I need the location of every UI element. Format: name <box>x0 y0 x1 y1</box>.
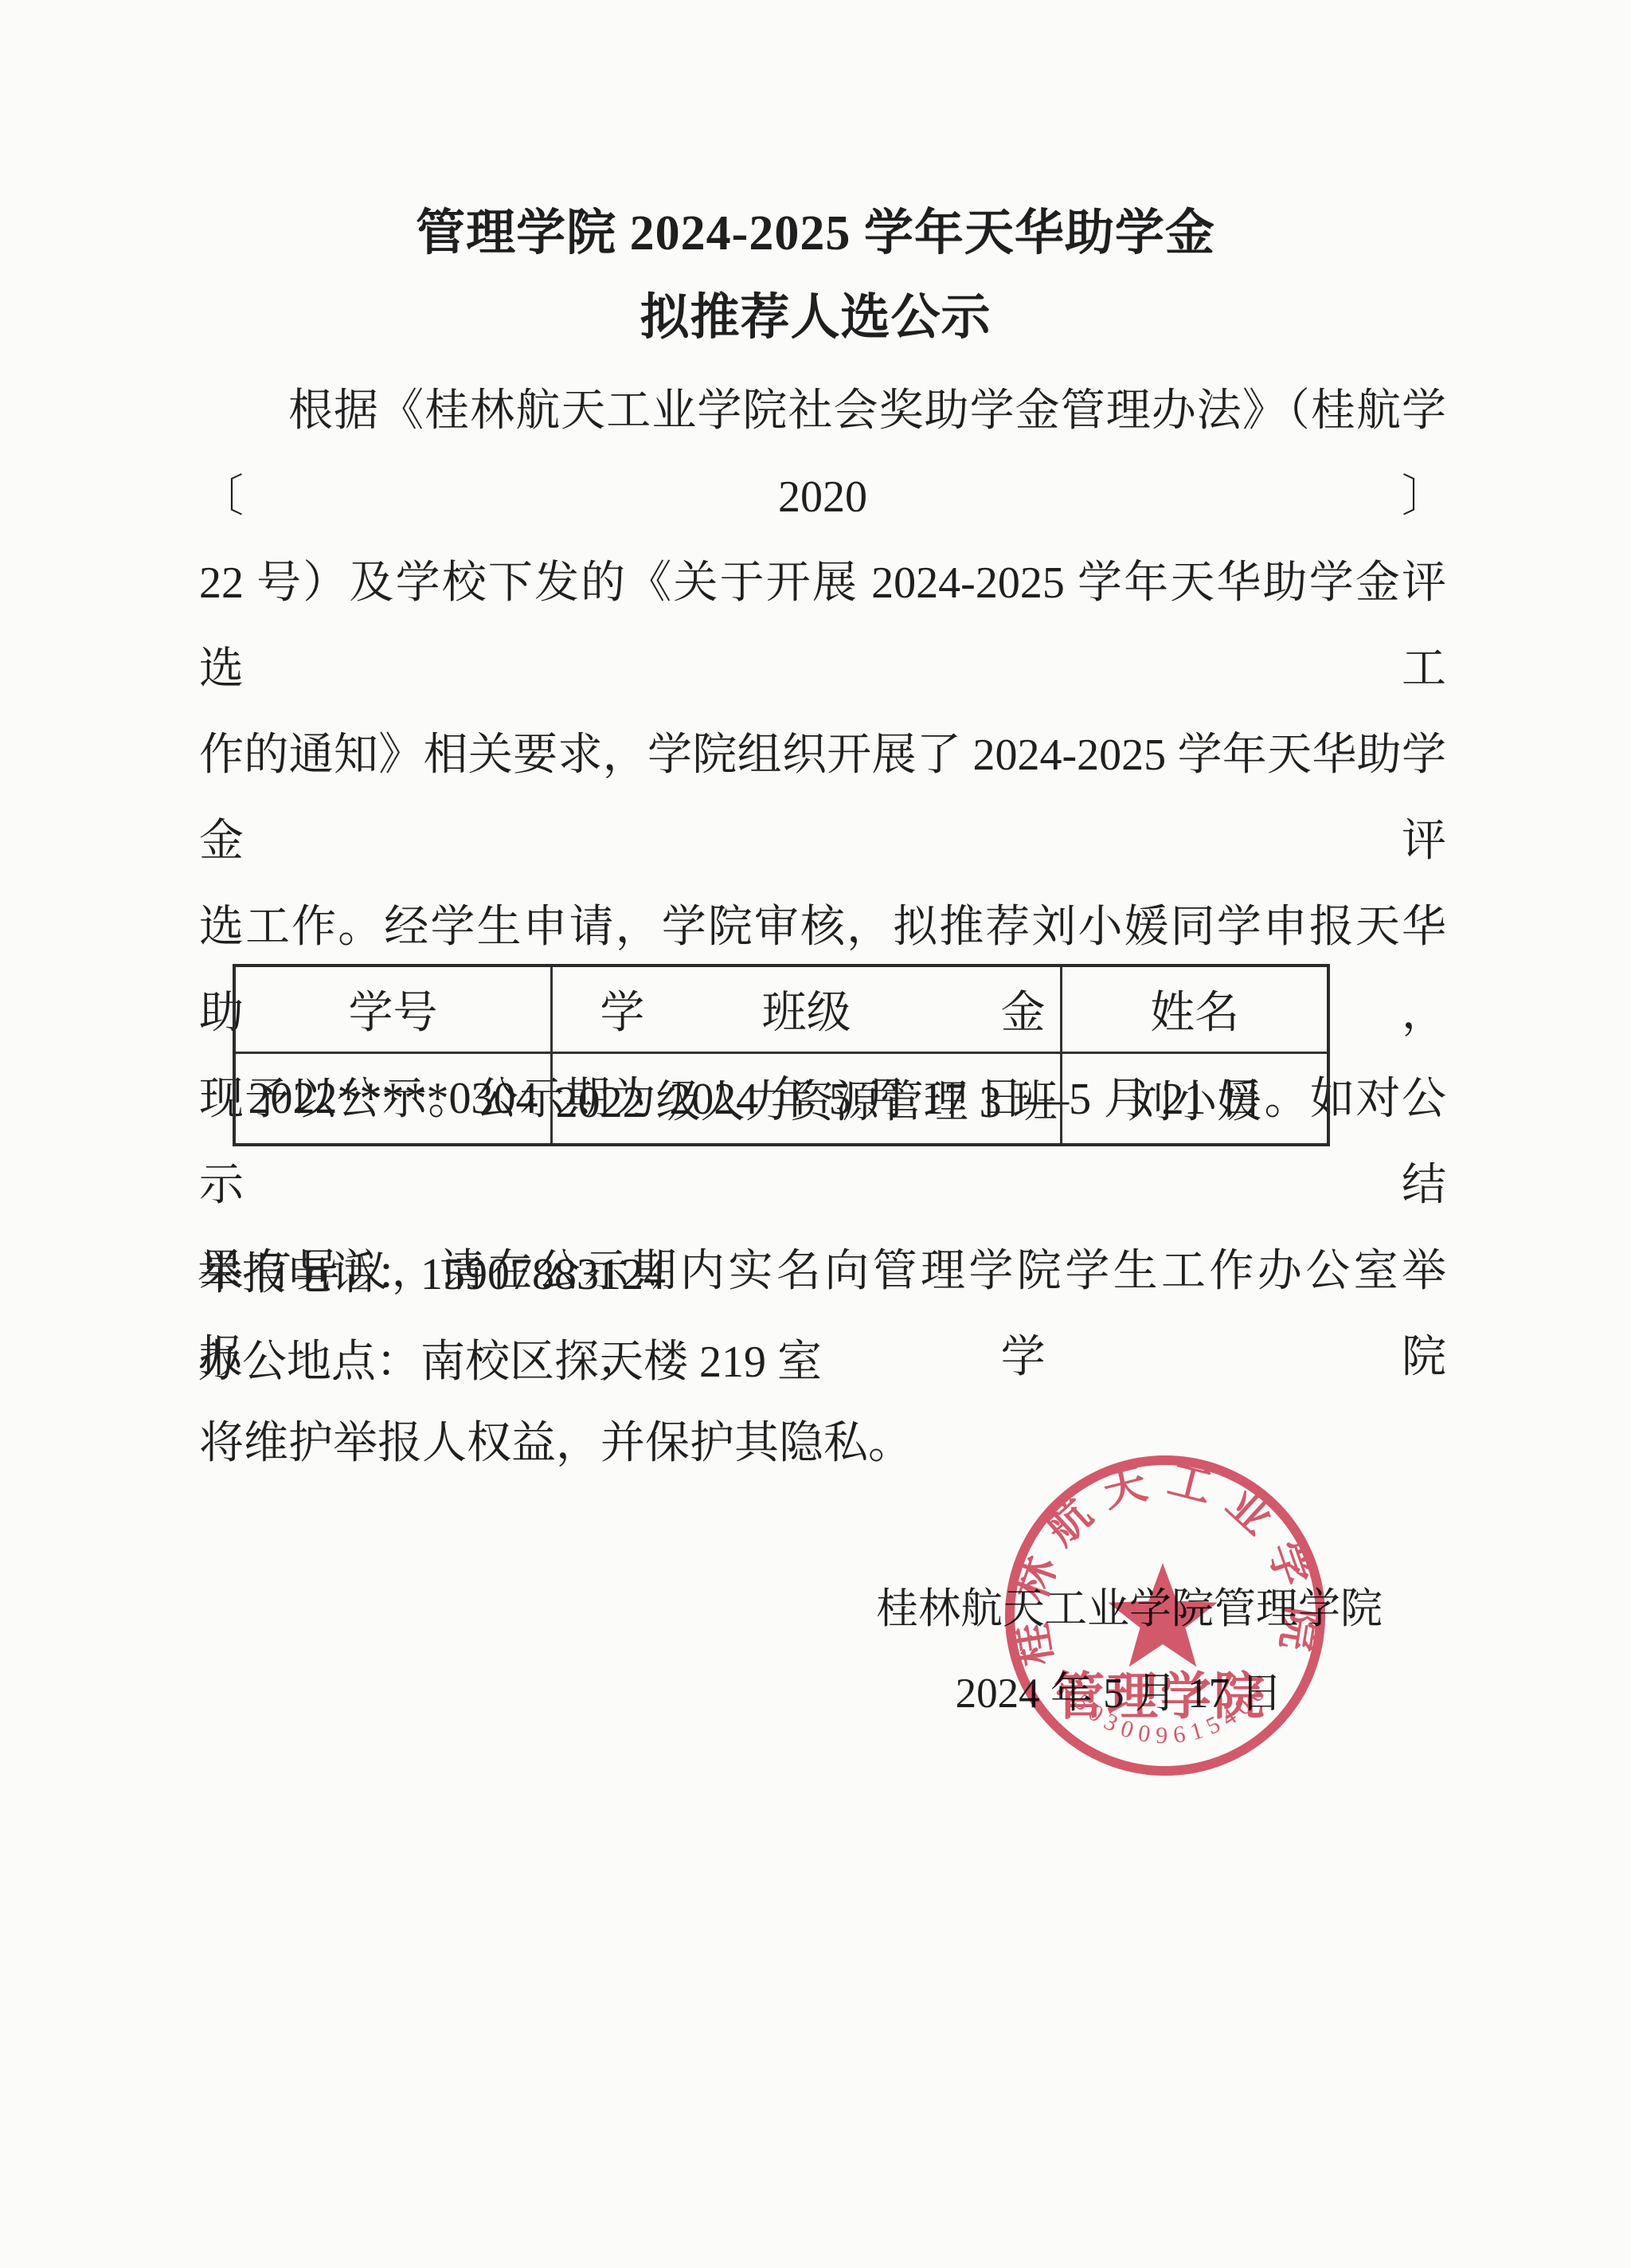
title-line-2: 拟推荐人选公示 <box>0 276 1631 360</box>
body-line: 作的通知》相关要求，学院组织开展了 2024-2025 学年天华助学金评 <box>199 712 1446 884</box>
report-phone-line: 举报电话：15907883124 <box>198 1231 822 1318</box>
cell-class: 2022 级人力资源管理 3 班 <box>551 1053 1061 1146</box>
table-header-row: 学号 班级 姓名 <box>234 966 1328 1053</box>
header-class: 班级 <box>551 966 1061 1053</box>
document-title: 管理学院 2024-2025 学年天华助学金 拟推荐人选公示 <box>0 191 1631 360</box>
office-address-line: 办公地点：南校区探天楼 219 室 <box>198 1318 822 1406</box>
body-line: 根据《桂林航天工业学院社会奖助学金管理办法》（桂航学〔2020〕 <box>199 368 1446 540</box>
candidate-table: 学号 班级 姓名 2022*****0304 2022 级人力资源管理 3 班 … <box>233 964 1330 1146</box>
title-line-1: 管理学院 2024-2025 学年天华助学金 <box>0 191 1631 276</box>
announcement-page: 管理学院 2024-2025 学年天华助学金 拟推荐人选公示 根据《桂林航天工业… <box>0 0 1631 2268</box>
header-name: 姓名 <box>1062 966 1328 1053</box>
seal-star <box>1109 1563 1218 1667</box>
contact-info: 举报电话：15907883124 办公地点：南校区探天楼 219 室 <box>198 1231 822 1406</box>
body-line: 22 号）及学校下发的《关于开展 2024-2025 学年天华助学金评选工 <box>199 540 1446 712</box>
official-seal: 桂林航天工业学院 管理学院 4503009615406 <box>998 1448 1332 1783</box>
cell-student-id: 2022*****0304 <box>234 1053 551 1146</box>
header-student-id: 学号 <box>234 966 551 1053</box>
table-row: 2022*****0304 2022 级人力资源管理 3 班 刘小媛 <box>234 1053 1328 1146</box>
cell-name: 刘小媛 <box>1062 1053 1328 1146</box>
